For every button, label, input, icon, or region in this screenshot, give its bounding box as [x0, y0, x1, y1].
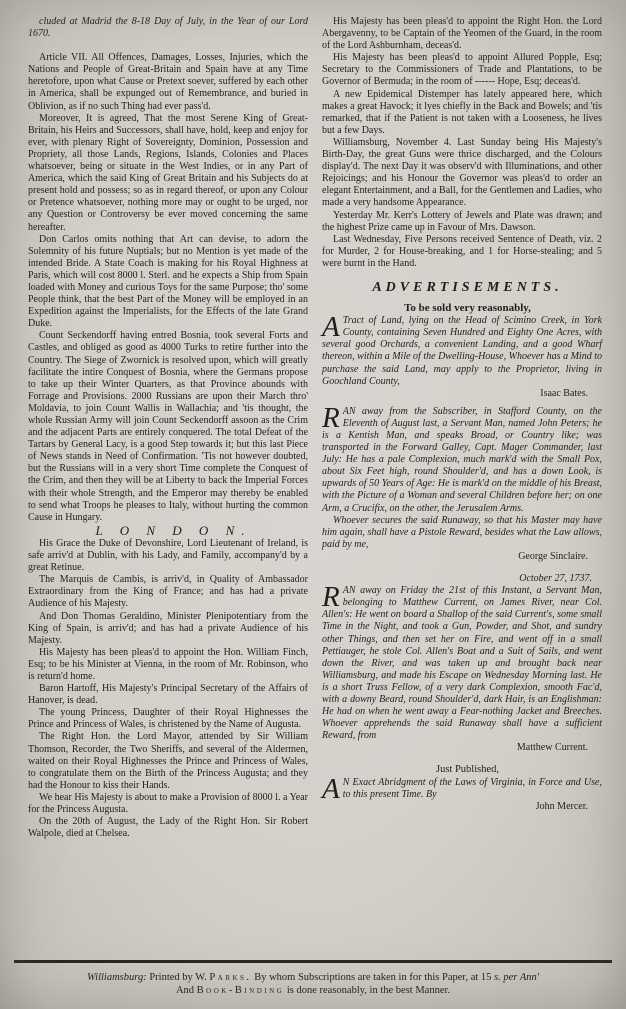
- news-paragraph: The Right Hon. the Lord Mayor, attended …: [28, 731, 308, 791]
- seckendorff-paragraph: Count Seckendorff having entred Bosnia, …: [28, 330, 308, 524]
- imprint-printed-by: Printed by W.: [149, 972, 206, 983]
- moreover-paragraph: Moreover, It is agreed, That the most Se…: [28, 113, 308, 234]
- article-vii-paragraph: Article VII. All Offences, Damages, Loss…: [28, 52, 308, 112]
- news-paragraph: His Grace the Duke of Devonshire, Lord L…: [28, 538, 308, 574]
- footer-divider: [14, 960, 612, 963]
- news-paragraph: Baron Hartoff, His Majesty's Principal S…: [28, 683, 308, 707]
- ad-body: RAN away from the Subscriber, in Staffor…: [322, 406, 602, 515]
- imprint-line-2: And Book-Binding is done reasonably, in …: [0, 984, 626, 997]
- ad-signature: John Mercer.: [322, 801, 602, 813]
- advertisements-heading: ADVERTISEMENTS.: [322, 282, 602, 294]
- news-paragraph: His Majesty has been pleas'd to appoint …: [322, 16, 602, 52]
- ad-heading: Just Published,: [322, 764, 602, 776]
- news-paragraph: And Don Thomas Geraldino, Minister Pleni…: [28, 611, 308, 647]
- ad-dateline: October 27, 1737.: [322, 573, 602, 585]
- london-heading: L O N D O N.: [28, 525, 308, 537]
- imprint-per-ann: s. per Ann': [494, 972, 539, 983]
- imprint-and: And: [176, 985, 194, 996]
- treaty-dateline: cluded at Madrid the 8-18 Day of July, i…: [28, 16, 308, 40]
- ad-body: RAN away on Friday the 21st of this Inst…: [322, 585, 602, 742]
- drop-cap: A: [322, 315, 343, 339]
- news-paragraph: Williamsburg, November 4. Last Sunday be…: [322, 137, 602, 210]
- drop-cap: R: [322, 406, 343, 430]
- news-paragraph: Last Wednesday, Five Persons received Se…: [322, 234, 602, 270]
- page-columns: cluded at Madrid the 8-18 Day of July, i…: [0, 0, 626, 950]
- imprint-line-1: Williamsburg: Printed by W. Parks. By wh…: [0, 971, 626, 984]
- news-paragraph: His Majesty has been pleas'd to appoint …: [28, 647, 308, 683]
- footer-imprint: Williamsburg: Printed by W. Parks. By wh…: [0, 971, 626, 997]
- ad-body: AN Exact Abridgment of the Laws of Virgi…: [322, 777, 602, 801]
- drop-cap: A: [322, 777, 343, 801]
- imprint-subscription: By whom Subscriptions are taken in for t…: [254, 972, 491, 983]
- news-paragraph: Yesterday Mr. Kerr's Lottery of Jewels a…: [322, 210, 602, 234]
- news-paragraph: A new Epidemical Distemper has lately ap…: [322, 89, 602, 137]
- news-paragraph: His Majesty has been pleas'd to appoint …: [322, 52, 602, 88]
- drop-cap: R: [322, 585, 343, 609]
- don-carlos-paragraph: Don Carlos omits nothing that Art can de…: [28, 234, 308, 331]
- ad-signature: George Sinclaire.: [322, 551, 602, 563]
- imprint-printer-name: Parks.: [209, 972, 251, 983]
- ad-body-continued: Whoever secures the said Runaway, so tha…: [322, 515, 602, 551]
- news-paragraph: On the 20th of August, the Lady of the R…: [28, 816, 308, 840]
- runaway-current-ad: October 27, 1737. RAN away on Friday the…: [322, 573, 602, 754]
- runaway-peters-ad: RAN away from the Subscriber, in Staffor…: [322, 406, 602, 563]
- news-paragraph: The young Princess, Daughter of their Ro…: [28, 707, 308, 731]
- ad-body: ATract of Land, lying on the Head of Sci…: [322, 315, 602, 388]
- imprint-bookbinding: Book-Binding: [197, 985, 285, 996]
- imprint-place: Williamsburg:: [87, 972, 147, 983]
- news-paragraph: The Marquis de Cambis, is arriv'd, in Qu…: [28, 574, 308, 610]
- right-column: His Majesty has been pleas'd to appoint …: [322, 16, 602, 950]
- imprint-bookbinding-rest: is done reasonably, in the best Manner.: [287, 985, 450, 996]
- newspaper-page: cluded at Madrid the 8-18 Day of July, i…: [0, 0, 626, 1009]
- just-published-ad: Just Published, AN Exact Abridgment of t…: [322, 764, 602, 812]
- left-column: cluded at Madrid the 8-18 Day of July, i…: [28, 16, 308, 950]
- news-paragraph: We hear His Majesty is about to make a P…: [28, 792, 308, 816]
- ad-signature: Isaac Bates.: [322, 388, 602, 400]
- ad-heading: To be sold very reasonably,: [322, 302, 602, 314]
- land-sale-ad: To be sold very reasonably, ATract of La…: [322, 302, 602, 400]
- ad-signature: Matthew Current.: [322, 742, 602, 754]
